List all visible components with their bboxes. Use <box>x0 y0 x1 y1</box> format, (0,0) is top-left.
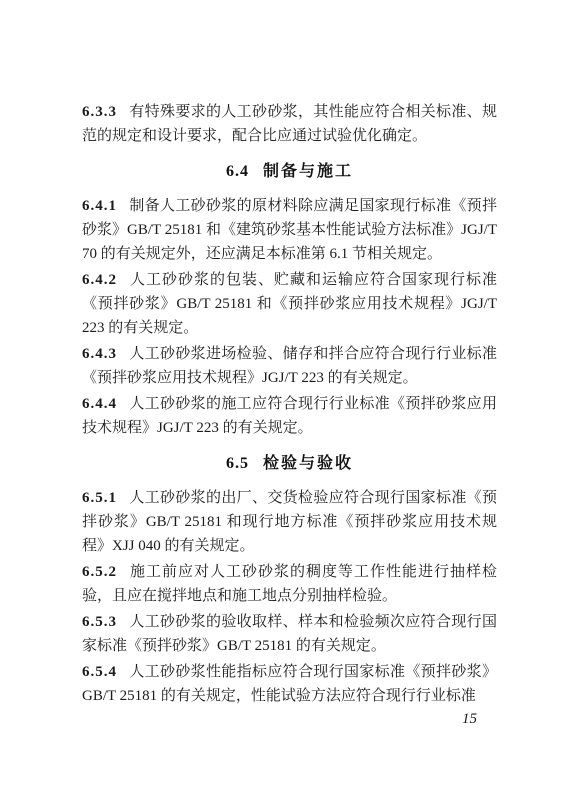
page-number: 15 <box>82 710 477 728</box>
clause-6-5-3: 6.5.3人工砂砂浆的验收取样、样本和检验频次应符合现行国家标准《预拌砂浆》GB… <box>82 610 497 658</box>
clause-6-4-3: 6.4.3人工砂砂浆进场检验、储存和拌合应符合现行行业标准《预拌砂浆应用技术规程… <box>82 342 497 390</box>
heading-title: 检验与验收 <box>263 455 353 472</box>
section-heading-6-5: 6.5检验与验收 <box>82 452 497 476</box>
clause-number: 6.4.2 <box>82 272 117 288</box>
clause-number: 6.5.4 <box>82 664 117 680</box>
clause-text: 人工砂砂浆的施工应符合现行行业标准《预拌砂浆应用技术规程》JGJ/T 223 的… <box>82 396 497 436</box>
clause-number: 6.3.3 <box>82 104 117 120</box>
clause-6-3-3: 6.3.3有特殊要求的人工砂砂浆，其性能应符合相关标准、规范的规定和设计要求，配… <box>82 100 497 148</box>
clause-text: 人工砂砂浆进场检验、储存和拌合应符合现行行业标准《预拌砂浆应用技术规程》JGJ/… <box>82 346 497 386</box>
heading-number: 6.5 <box>226 455 249 472</box>
clause-text: 人工砂砂浆的包装、贮藏和运输应符合国家现行标准《预拌砂浆》GB/T 25181 … <box>82 272 497 336</box>
clause-text: 制备人工砂砂浆的原材料除应满足国家现行标准《预拌砂浆》GB/T 25181 和《… <box>82 198 497 262</box>
clause-text: 施工前应对人工砂砂浆的稠度等工作性能进行抽样检验，且应在搅拌地点和施工地点分别抽… <box>82 564 497 604</box>
clause-text: 人工砂砂浆性能指标应符合现行国家标准《预拌砂浆》GB/T 25181 的有关规定… <box>82 664 497 704</box>
heading-title: 制备与施工 <box>263 163 353 180</box>
heading-number: 6.4 <box>226 163 249 180</box>
clause-6-5-1: 6.5.1人工砂砂浆的出厂、交货检验应符合现行国家标准《预拌砂浆》GB/T 25… <box>82 486 497 558</box>
clause-text: 人工砂砂浆的出厂、交货检验应符合现行国家标准《预拌砂浆》GB/T 25181 和… <box>82 490 497 554</box>
clause-number: 6.4.4 <box>82 396 117 412</box>
document-page: 6.3.3有特殊要求的人工砂砂浆，其性能应符合相关标准、规范的规定和设计要求，配… <box>0 0 561 804</box>
page-content: 6.3.3有特殊要求的人工砂砂浆，其性能应符合相关标准、规范的规定和设计要求，配… <box>82 100 497 728</box>
clause-6-5-4: 6.5.4人工砂砂浆性能指标应符合现行国家标准《预拌砂浆》GB/T 25181 … <box>82 660 497 708</box>
section-heading-6-4: 6.4制备与施工 <box>82 160 497 184</box>
clause-number: 6.5.3 <box>82 614 117 630</box>
clause-text: 有特殊要求的人工砂砂浆，其性能应符合相关标准、规范的规定和设计要求，配合比应通过… <box>82 104 497 144</box>
clause-number: 6.5.1 <box>82 490 117 506</box>
clause-6-5-2: 6.5.2施工前应对人工砂砂浆的稠度等工作性能进行抽样检验，且应在搅拌地点和施工… <box>82 560 497 608</box>
clause-6-4-2: 6.4.2人工砂砂浆的包装、贮藏和运输应符合国家现行标准《预拌砂浆》GB/T 2… <box>82 268 497 340</box>
clause-number: 6.5.2 <box>82 564 117 580</box>
clause-number: 6.4.1 <box>82 198 117 214</box>
clause-6-4-1: 6.4.1制备人工砂砂浆的原材料除应满足国家现行标准《预拌砂浆》GB/T 251… <box>82 194 497 266</box>
clause-6-4-4: 6.4.4人工砂砂浆的施工应符合现行行业标准《预拌砂浆应用技术规程》JGJ/T … <box>82 392 497 440</box>
clause-text: 人工砂砂浆的验收取样、样本和检验频次应符合现行国家标准《预拌砂浆》GB/T 25… <box>82 614 497 654</box>
clause-number: 6.4.3 <box>82 346 117 362</box>
